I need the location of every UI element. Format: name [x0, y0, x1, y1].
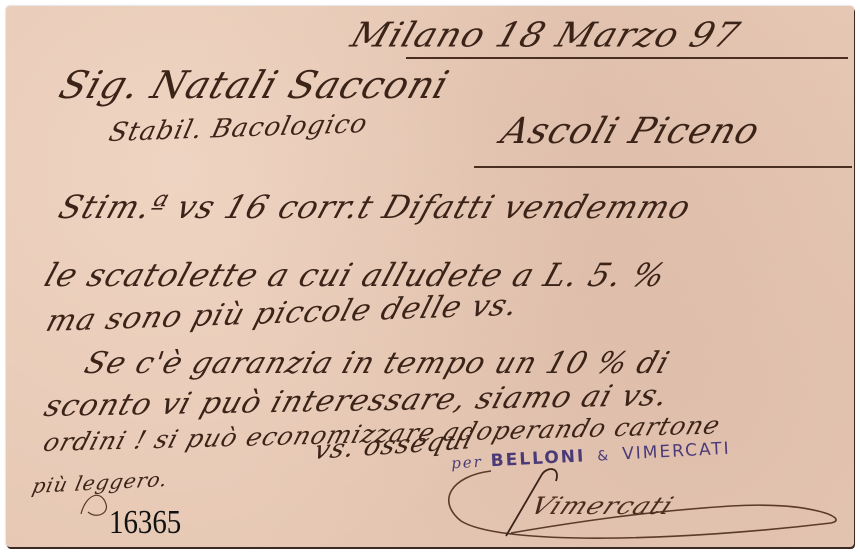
body-line-4: Se c'è garanzia in tempo un 10 % di [80, 346, 674, 381]
pen-mark-icon [76, 484, 136, 524]
body-line-1: Stim.ª vs 16 corr.t Difatti vendemmo [54, 188, 696, 226]
addressee-company: Stabil. Bacologico [106, 109, 371, 148]
addressee-name: Sig. Natali Sacconi [54, 63, 455, 107]
date-underline [406, 57, 848, 59]
body-line-2: le scatolette a cui alludete a L. 5. % [40, 256, 671, 294]
body-line-3: ma sono più piccole delle vs. [42, 288, 523, 339]
postcard: Milano 18 Marzo 97 Sig. Natali Sacconi S… [6, 6, 854, 547]
city-underline [474, 166, 852, 168]
signature: Vimercati [526, 492, 679, 520]
place-date: Milano 18 Marzo 97 [346, 16, 745, 55]
addressee-city: Ascoli Piceno [496, 111, 765, 152]
